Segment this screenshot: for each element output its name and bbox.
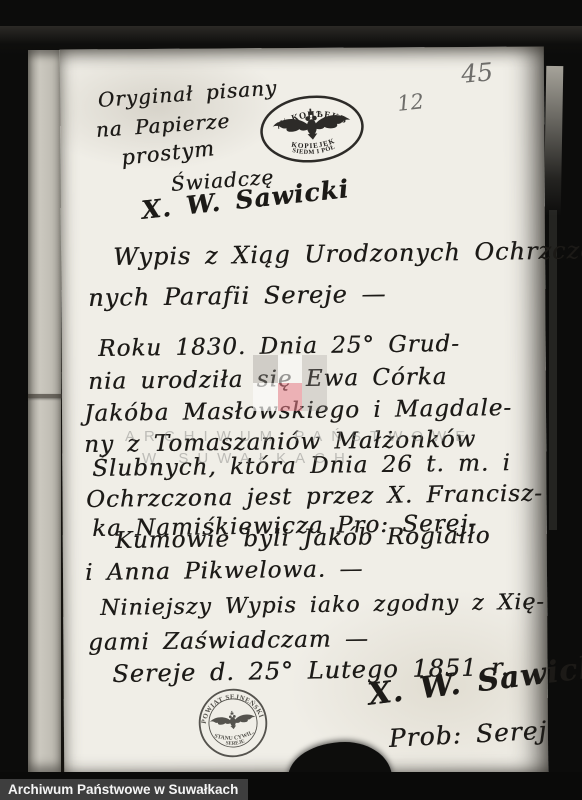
- right-page-sliver: [544, 66, 564, 216]
- body-line: i Anna Pikwelowa. —: [85, 556, 364, 586]
- archive-label: Archiwum Państwowe w Suwałkach: [8, 782, 238, 797]
- pencil-number-large: 45: [460, 57, 494, 89]
- body-line: Kumowie byli Jakób Rogiałło: [115, 523, 491, 554]
- body-line: nych Parafii Sereje —: [88, 280, 387, 312]
- book-page-edges: [28, 50, 62, 774]
- watermark-text-line2: W SUWAŁKACH: [142, 450, 354, 467]
- revenue-stamp: 7½ КОПѢЕКЪ KOPIEJEK SIEDM I PÓŁ: [255, 89, 369, 168]
- watermark-text-line1: ARCHIWUM PAŃSTWOWE: [125, 428, 474, 445]
- body-line: gami Zaświadczam —: [88, 626, 369, 656]
- watermark-logo: [253, 355, 327, 411]
- scanned-document-photo: Oryginał pisany na Papierze prostym Świa…: [0, 0, 582, 800]
- pencil-number-small: 12: [396, 89, 425, 116]
- official-seal: POWIAT SEJNEŃSKI STANU CYWIL. SEREJE: [192, 682, 273, 763]
- archive-label-bar: Archiwum Państwowe w Suwałkach: [0, 779, 248, 800]
- edge-crease: [28, 394, 64, 398]
